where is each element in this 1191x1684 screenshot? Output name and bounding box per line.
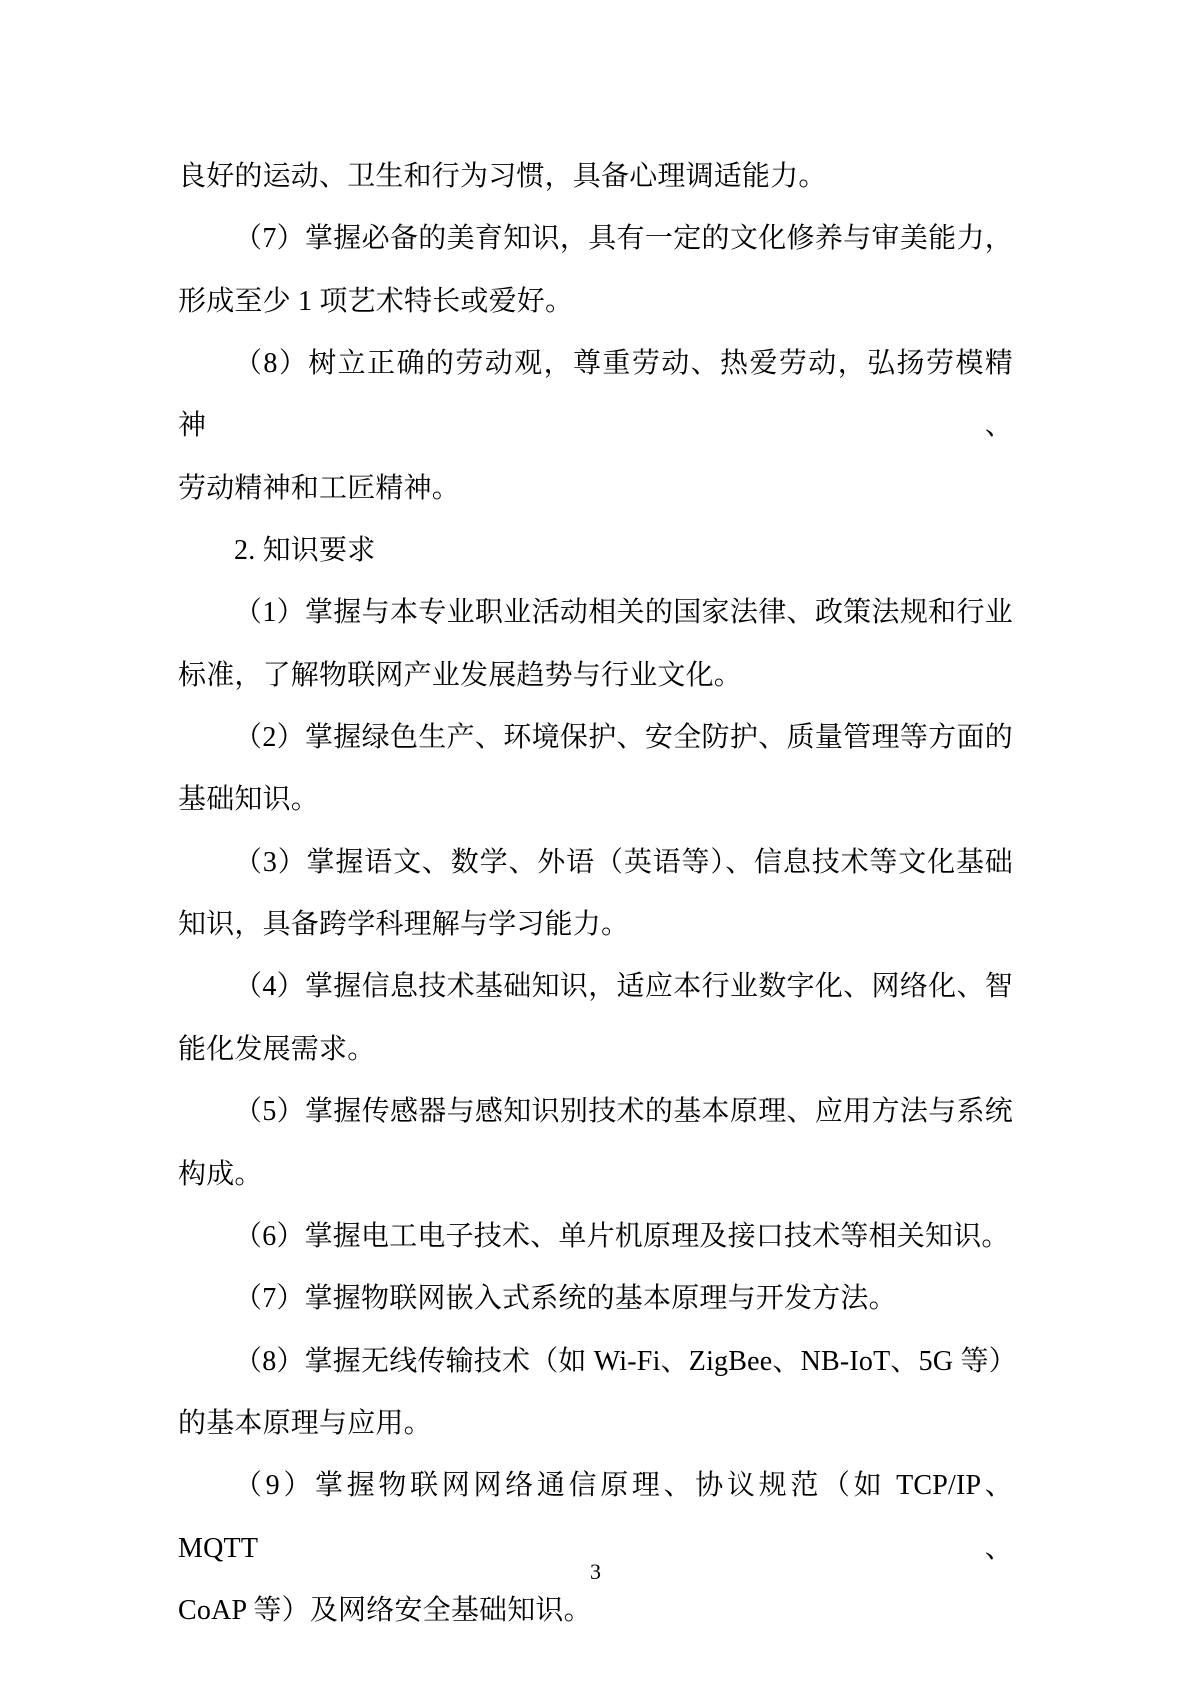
text-line: （4）掌握信息技术基础知识，适应本行业数字化、网络化、智 [178, 956, 1013, 1018]
text-line: （8）树立正确的劳动观，尊重劳动、热爱劳动，弘扬劳模精神、 [178, 333, 1013, 458]
text-line: （7）掌握物联网嵌入式系统的基本原理与开发方法。 [178, 1268, 1013, 1330]
text-line: 劳动精神和工匠精神。 [178, 458, 1013, 520]
text-line: 标准，了解物联网产业发展趋势与行业文化。 [178, 645, 1013, 707]
document-page: 良好的运动、卫生和行为习惯，具备心理调适能力。（7）掌握必备的美育知识，具有一定… [0, 0, 1191, 1684]
text-line: CoAP 等）及网络安全基础知识。 [178, 1580, 1013, 1642]
text-line: 知识，具备跨学科理解与学习能力。 [178, 894, 1013, 956]
page-number: 3 [0, 1560, 1191, 1584]
text-line: （6）掌握电工电子技术、单片机原理及接口技术等相关知识。 [178, 1206, 1013, 1268]
document-text-block: 良好的运动、卫生和行为习惯，具备心理调适能力。（7）掌握必备的美育知识，具有一定… [178, 146, 1013, 1642]
text-line: （7）掌握必备的美育知识，具有一定的文化修养与审美能力， [178, 208, 1013, 270]
text-line: （5）掌握传感器与感知识别技术的基本原理、应用方法与系统 [178, 1081, 1013, 1143]
text-line: 2. 知识要求 [178, 520, 1013, 582]
text-line: 良好的运动、卫生和行为习惯，具备心理调适能力。 [178, 146, 1013, 208]
text-line: （1）掌握与本专业职业活动相关的国家法律、政策法规和行业 [178, 582, 1013, 644]
text-line: 形成至少 1 项艺术特长或爱好。 [178, 271, 1013, 333]
text-line: 能化发展需求。 [178, 1019, 1013, 1081]
text-line: 构成。 [178, 1144, 1013, 1206]
text-line: （3）掌握语文、数学、外语（英语等）、信息技术等文化基础 [178, 832, 1013, 894]
text-line: （8）掌握无线传输技术（如 Wi-Fi、ZigBee、NB-IoT、5G 等） [178, 1331, 1013, 1393]
text-line: （2）掌握绿色生产、环境保护、安全防护、质量管理等方面的 [178, 707, 1013, 769]
text-line: 的基本原理与应用。 [178, 1393, 1013, 1455]
text-line: 基础知识。 [178, 769, 1013, 831]
